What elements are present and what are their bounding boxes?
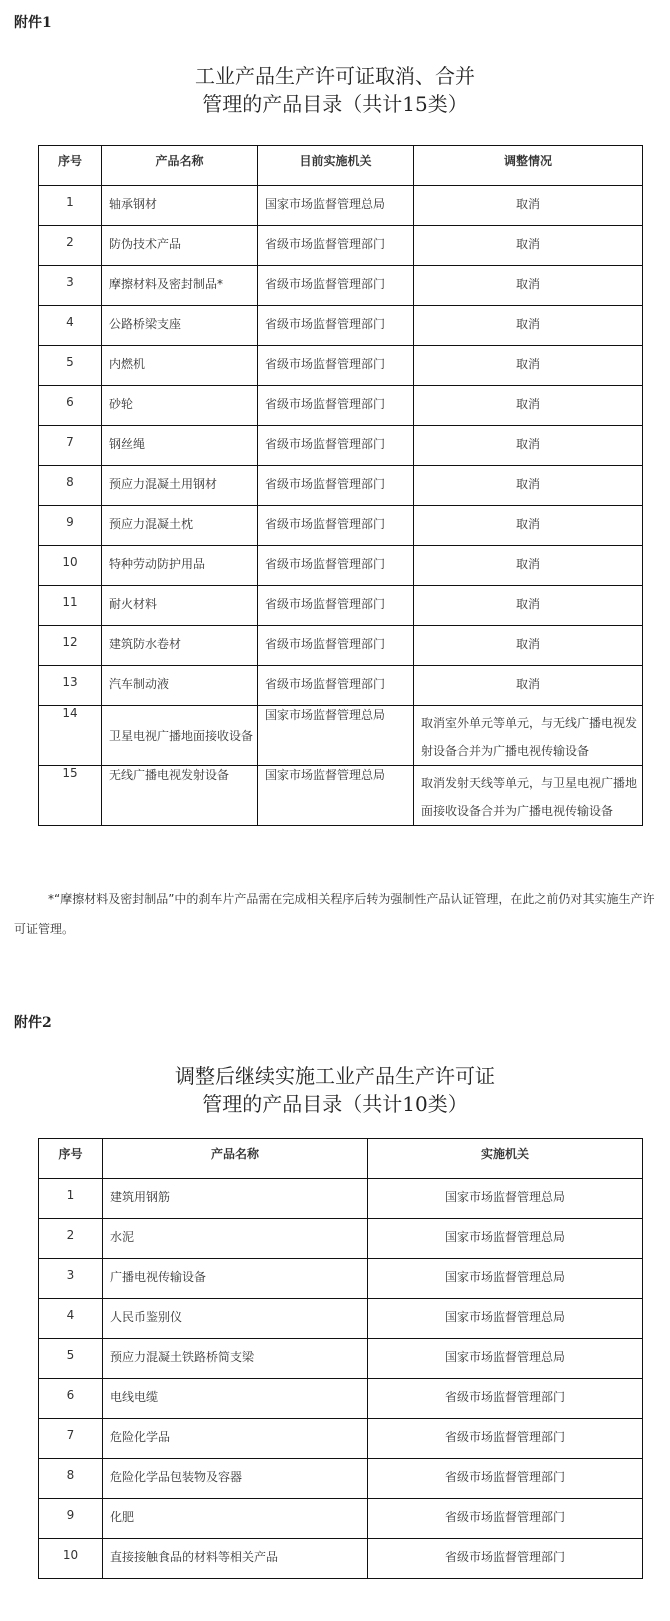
product-name: 无线广播电视发射设备	[102, 766, 258, 826]
table-row: 15无线广播电视发射设备国家市场监督管理总局取消发射天线等单元，与卫星电视广播地…	[39, 766, 643, 826]
authority: 省级市场监督管理部门	[258, 506, 414, 546]
title-line-2: 管理的产品目录（共计15类）	[0, 90, 670, 118]
attachment-1-title: 工业产品生产许可证取消、合并 管理的产品目录（共计15类）	[0, 62, 670, 118]
row-number: 5	[39, 346, 102, 386]
product-name: 预应力混凝土铁路桥简支梁	[103, 1339, 368, 1379]
product-name: 化肥	[103, 1499, 368, 1539]
row-number: 1	[39, 186, 102, 226]
table-row: 8预应力混凝土用钢材省级市场监督管理部门取消	[39, 466, 643, 506]
product-name: 防伪技术产品	[102, 226, 258, 266]
product-name: 钢丝绳	[102, 426, 258, 466]
table-row: 2防伪技术产品省级市场监督管理部门取消	[39, 226, 643, 266]
row-number: 2	[39, 1219, 103, 1259]
table-row: 4人民币鉴别仪国家市场监督管理总局	[39, 1299, 643, 1339]
table-row: 9预应力混凝土枕省级市场监督管理部门取消	[39, 506, 643, 546]
row-number: 9	[39, 1499, 103, 1539]
authority: 国家市场监督管理总局	[368, 1299, 643, 1339]
row-number: 15	[39, 766, 102, 826]
authority: 省级市场监督管理部门	[258, 586, 414, 626]
adjustment-status: 取消	[414, 586, 643, 626]
table-row: 2水泥国家市场监督管理总局	[39, 1219, 643, 1259]
authority: 国家市场监督管理总局	[258, 186, 414, 226]
table-row: 14卫星电视广播地面接收设备国家市场监督管理总局取消室外单元等单元，与无线广播电…	[39, 706, 643, 766]
product-name: 建筑用钢筋	[103, 1179, 368, 1219]
table-header-row: 序号 产品名称 目前实施机关 调整情况	[39, 146, 643, 186]
authority: 国家市场监督管理总局	[368, 1259, 643, 1299]
adjustment-status: 取消	[414, 466, 643, 506]
product-name: 公路桥梁支座	[102, 306, 258, 346]
attachment-2-label: 附件2	[14, 1012, 52, 1032]
product-name: 特种劳动防护用品	[102, 546, 258, 586]
row-number: 10	[39, 546, 102, 586]
row-number: 4	[39, 306, 102, 346]
row-number: 11	[39, 586, 102, 626]
product-name: 危险化学品	[103, 1419, 368, 1459]
adjustment-status: 取消	[414, 506, 643, 546]
attachment-1-label: 附件1	[14, 12, 52, 32]
row-number: 8	[39, 1459, 103, 1499]
product-name: 汽车制动液	[102, 666, 258, 706]
row-number: 3	[39, 266, 102, 306]
product-name: 轴承钢材	[102, 186, 258, 226]
table-row: 7危险化学品省级市场监督管理部门	[39, 1419, 643, 1459]
authority: 省级市场监督管理部门	[258, 346, 414, 386]
product-name: 危险化学品包装物及容器	[103, 1459, 368, 1499]
table-row: 6砂轮省级市场监督管理部门取消	[39, 386, 643, 426]
table-row: 1建筑用钢筋国家市场监督管理总局	[39, 1179, 643, 1219]
table-row: 3广播电视传输设备国家市场监督管理总局	[39, 1259, 643, 1299]
authority: 省级市场监督管理部门	[258, 666, 414, 706]
row-number: 5	[39, 1339, 103, 1379]
authority: 省级市场监督管理部门	[258, 266, 414, 306]
footnote: *“摩擦材料及密封制品”中的刹车片产品需在完成相关程序后转为强制性产品认证管理，…	[14, 884, 659, 944]
row-number: 4	[39, 1299, 103, 1339]
authority: 省级市场监督管理部门	[258, 626, 414, 666]
column-header-product-name: 产品名称	[102, 146, 258, 186]
column-header-number: 序号	[39, 146, 102, 186]
row-number: 12	[39, 626, 102, 666]
table-row: 5内燃机省级市场监督管理部门取消	[39, 346, 643, 386]
authority: 省级市场监督管理部门	[258, 426, 414, 466]
table-row: 11耐火材料省级市场监督管理部门取消	[39, 586, 643, 626]
column-header-adjustment: 调整情况	[414, 146, 643, 186]
adjustment-status: 取消	[414, 306, 643, 346]
column-header-product-name: 产品名称	[103, 1139, 368, 1179]
continued-products-table: 序号 产品名称 实施机关 1建筑用钢筋国家市场监督管理总局 2水泥国家市场监督管…	[38, 1138, 643, 1579]
attachment-2-title: 调整后继续实施工业产品生产许可证 管理的产品目录（共计10类）	[0, 1062, 670, 1118]
product-name: 人民币鉴别仪	[103, 1299, 368, 1339]
title-line-2: 管理的产品目录（共计10类）	[0, 1090, 670, 1118]
table-row: 9化肥省级市场监督管理部门	[39, 1499, 643, 1539]
row-number: 6	[39, 1379, 103, 1419]
product-name: 广播电视传输设备	[103, 1259, 368, 1299]
adjustment-status: 取消	[414, 666, 643, 706]
authority: 国家市场监督管理总局	[368, 1219, 643, 1259]
row-number: 14	[39, 706, 102, 766]
table-row: 8危险化学品包装物及容器省级市场监督管理部门	[39, 1459, 643, 1499]
authority: 国家市场监督管理总局	[258, 706, 414, 766]
table-header-row: 序号 产品名称 实施机关	[39, 1139, 643, 1179]
row-number: 7	[39, 426, 102, 466]
row-number: 8	[39, 466, 102, 506]
table-row: 1轴承钢材国家市场监督管理总局取消	[39, 186, 643, 226]
row-number: 13	[39, 666, 102, 706]
product-name: 预应力混凝土用钢材	[102, 466, 258, 506]
adjustment-status: 取消	[414, 386, 643, 426]
adjustment-status: 取消	[414, 186, 643, 226]
table-row: 12建筑防水卷材省级市场监督管理部门取消	[39, 626, 643, 666]
adjustment-status: 取消	[414, 546, 643, 586]
product-name: 直接接触食品的材料等相关产品	[103, 1539, 368, 1579]
product-name: 卫星电视广播地面接收设备	[102, 706, 258, 766]
table-row: 6电线电缆省级市场监督管理部门	[39, 1379, 643, 1419]
table-row: 10特种劳动防护用品省级市场监督管理部门取消	[39, 546, 643, 586]
cancelled-products-table: 序号 产品名称 目前实施机关 调整情况 1轴承钢材国家市场监督管理总局取消 2防…	[38, 145, 643, 826]
authority: 国家市场监督管理总局	[258, 766, 414, 826]
table-row: 5预应力混凝土铁路桥简支梁国家市场监督管理总局	[39, 1339, 643, 1379]
table-row: 13汽车制动液省级市场监督管理部门取消	[39, 666, 643, 706]
product-name: 预应力混凝土枕	[102, 506, 258, 546]
authority: 省级市场监督管理部门	[258, 226, 414, 266]
column-header-current-authority: 目前实施机关	[258, 146, 414, 186]
row-number: 7	[39, 1419, 103, 1459]
authority: 省级市场监督管理部门	[368, 1539, 643, 1579]
product-name: 建筑防水卷材	[102, 626, 258, 666]
authority: 国家市场监督管理总局	[368, 1179, 643, 1219]
row-number: 3	[39, 1259, 103, 1299]
title-line-1: 工业产品生产许可证取消、合并	[0, 62, 670, 90]
product-name: 摩擦材料及密封制品*	[102, 266, 258, 306]
product-name: 水泥	[103, 1219, 368, 1259]
authority: 省级市场监督管理部门	[258, 386, 414, 426]
row-number: 9	[39, 506, 102, 546]
column-header-number: 序号	[39, 1139, 103, 1179]
authority: 省级市场监督管理部门	[258, 466, 414, 506]
adjustment-status: 取消	[414, 346, 643, 386]
title-line-1: 调整后继续实施工业产品生产许可证	[0, 1062, 670, 1090]
authority: 省级市场监督管理部门	[368, 1379, 643, 1419]
product-name: 砂轮	[102, 386, 258, 426]
column-header-authority: 实施机关	[368, 1139, 643, 1179]
authority: 省级市场监督管理部门	[368, 1459, 643, 1499]
authority: 省级市场监督管理部门	[258, 306, 414, 346]
authority: 国家市场监督管理总局	[368, 1339, 643, 1379]
adjustment-status: 取消室外单元等单元，与无线广播电视发射设备合并为广播电视传输设备	[414, 706, 643, 766]
product-name: 耐火材料	[102, 586, 258, 626]
table-row: 4公路桥梁支座省级市场监督管理部门取消	[39, 306, 643, 346]
adjustment-status: 取消	[414, 266, 643, 306]
row-number: 2	[39, 226, 102, 266]
table-row: 7钢丝绳省级市场监督管理部门取消	[39, 426, 643, 466]
authority: 省级市场监督管理部门	[258, 546, 414, 586]
authority: 省级市场监督管理部门	[368, 1499, 643, 1539]
product-name: 内燃机	[102, 346, 258, 386]
adjustment-status: 取消	[414, 426, 643, 466]
table-row: 10直接接触食品的材料等相关产品省级市场监督管理部门	[39, 1539, 643, 1579]
adjustment-status: 取消	[414, 626, 643, 666]
row-number: 10	[39, 1539, 103, 1579]
row-number: 1	[39, 1179, 103, 1219]
table-row: 3摩擦材料及密封制品*省级市场监督管理部门取消	[39, 266, 643, 306]
product-name: 电线电缆	[103, 1379, 368, 1419]
adjustment-status: 取消	[414, 226, 643, 266]
adjustment-status: 取消发射天线等单元，与卫星电视广播地面接收设备合并为广播电视传输设备	[414, 766, 643, 826]
row-number: 6	[39, 386, 102, 426]
authority: 省级市场监督管理部门	[368, 1419, 643, 1459]
